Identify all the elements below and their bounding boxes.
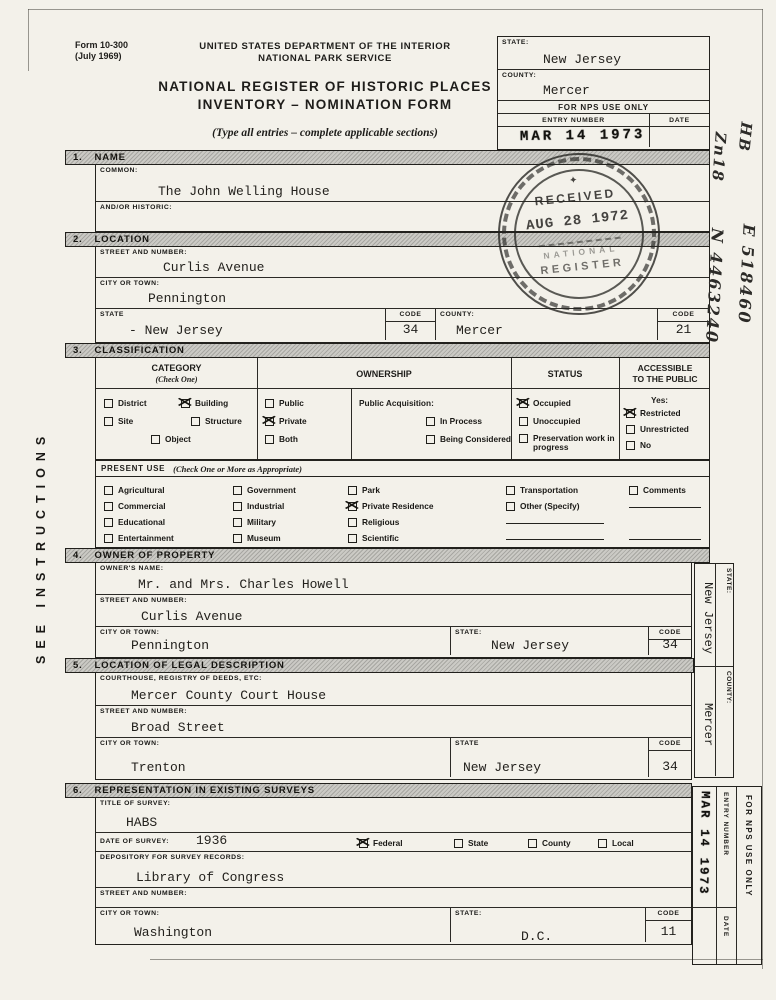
- government-checkbox: [233, 486, 242, 495]
- form-title-line2: INVENTORY – NOMINATION FORM: [130, 97, 520, 112]
- topright-state-row: STATE: New Jersey: [498, 37, 709, 70]
- survey-date-value: 1936: [196, 833, 227, 848]
- depository-field: DEPOSITORY FOR SURVEY RECORDS: Library o…: [96, 852, 691, 888]
- checkbox-private-residence: Private Residence: [348, 501, 433, 511]
- checkbox-military: Military: [233, 517, 276, 527]
- agricultural-label: Agricultural: [118, 485, 165, 495]
- scanned-nomination-form: Form 10-300 (July 1969) UNITED STATES DE…: [0, 0, 776, 1000]
- transportation-checkbox: [506, 486, 515, 495]
- topright-county-row: COUNTY: Mercer: [498, 70, 709, 101]
- other-specify-line2: [506, 539, 604, 540]
- comments-label: Comments: [643, 485, 686, 495]
- checkbox-entertainment: Entertainment: [104, 533, 174, 543]
- military-label: Military: [247, 517, 276, 527]
- checkbox-no-access: No: [626, 440, 651, 450]
- section-6-header: 6. REPRESENTATION IN EXISTING SURVEYS: [65, 783, 692, 798]
- date-label: DATE: [650, 114, 709, 127]
- margin-nps-column: FOR NPS USE ONLY: [737, 787, 761, 964]
- legal-city-cell: CITY OR TOWN: Trenton: [96, 738, 451, 777]
- margin-entry-stamp: MAR 14 1973: [696, 791, 712, 896]
- margin-nps-box: MAR 14 1973 ENTRY NUMBER DATE FOR NPS US…: [692, 786, 762, 965]
- checkbox-scientific: Scientific: [348, 533, 399, 543]
- checkbox-restricted: Restricted: [626, 408, 681, 418]
- handwritten-note-zone: Zn18: [708, 131, 729, 183]
- form-title-line1: NATIONAL REGISTER OF HISTORIC PLACES: [130, 79, 520, 94]
- owner-street-value: Curlis Avenue: [141, 609, 242, 624]
- survey-state-value: D.C.: [521, 929, 552, 944]
- location-street-value: Curlis Avenue: [163, 260, 264, 275]
- entry-number-cell: ENTRY NUMBER MAR 14 1973: [498, 114, 650, 147]
- common-name-label: COMMON:: [100, 167, 138, 174]
- form-date: (July 1969): [75, 51, 128, 62]
- survey-date-field: DATE OF SURVEY: 1936 Federal State Count…: [96, 833, 691, 852]
- form-number: Form 10-300: [75, 40, 128, 51]
- see-instructions-vertical-label: SEE INSTRUCTIONS: [34, 342, 48, 664]
- county-level-checkbox: [528, 839, 537, 848]
- legal-state-label: STATE: [455, 740, 479, 747]
- access-header-line2: TO THE PUBLIC: [619, 374, 711, 384]
- preservation-label: Preservation work in progress: [533, 434, 615, 452]
- received-date-stamp: ✦ RECEIVED AUG 28 1972 NATIONAL REGISTER: [490, 145, 668, 323]
- being-considered-label: Being Considered: [440, 434, 511, 444]
- private-checkbox: [265, 417, 274, 426]
- district-label: District: [118, 398, 147, 408]
- federal-checkbox: [359, 839, 368, 848]
- handwritten-note-hb: HB: [734, 121, 755, 154]
- margin-county-label: COUNTY:: [715, 667, 732, 776]
- comments-checkbox: [629, 486, 638, 495]
- section-6-number: 6.: [73, 785, 83, 796]
- district-checkbox: [104, 399, 113, 408]
- present-use-label: PRESENT USE: [101, 464, 165, 473]
- location-street-label: STREET AND NUMBER:: [100, 249, 187, 256]
- location-county-value: Mercer: [456, 323, 503, 338]
- entertainment-checkbox: [104, 534, 113, 543]
- owner-state-value: New Jersey: [491, 638, 569, 653]
- preservation-checkbox: [519, 434, 528, 443]
- educational-label: Educational: [118, 517, 165, 527]
- margin-labels-column: ENTRY NUMBER DATE: [717, 787, 737, 964]
- site-label: Site: [118, 416, 133, 426]
- divider-ownership-sub: [351, 388, 352, 459]
- unoccupied-checkbox: [519, 417, 528, 426]
- checkbox-educational: Educational: [104, 517, 165, 527]
- section-2-number: 2.: [73, 234, 83, 245]
- owner-code-cell: CODE 34: [649, 627, 691, 655]
- access-header-line1: ACCESSIBLE: [619, 363, 711, 373]
- section-2-title: LOCATION: [95, 234, 150, 245]
- checkbox-district: District: [104, 398, 147, 408]
- checkbox-building: Building: [181, 398, 228, 408]
- form-number-block: Form 10-300 (July 1969): [75, 40, 128, 62]
- survey-date-label: DATE OF SURVEY:: [100, 838, 169, 845]
- private-residence-checkbox: [348, 502, 357, 511]
- checkbox-religious: Religious: [348, 517, 399, 527]
- owner-state-label: STATE:: [455, 629, 482, 636]
- government-label: Government: [247, 485, 296, 495]
- checkbox-in-process: In Process: [426, 416, 482, 426]
- museum-checkbox: [233, 534, 242, 543]
- status-header: STATUS: [511, 369, 619, 379]
- ownership-header: OWNERSHIP: [257, 369, 511, 379]
- section-1-title: NAME: [95, 152, 126, 163]
- checkbox-local-level: Local: [598, 838, 634, 848]
- unrestricted-label: Unrestricted: [640, 424, 689, 434]
- present-use-note: (Check One or More as Appropriate): [173, 464, 302, 474]
- type-all-entries-note: (Type all entries – complete applicable …: [130, 127, 520, 139]
- checkbox-public: Public: [265, 398, 304, 408]
- survey-city-value: Washington: [134, 925, 212, 940]
- state-code-value: 34: [386, 322, 435, 337]
- scientific-checkbox: [348, 534, 357, 543]
- margin-entry-label: ENTRY NUMBER: [722, 792, 729, 856]
- checkbox-comments: Comments: [629, 485, 686, 495]
- location-county-label: COUNTY:: [440, 311, 474, 318]
- checkbox-state-level: State: [454, 838, 488, 848]
- owner-name-label: OWNER'S NAME:: [100, 565, 164, 572]
- owner-city-label: CITY OR TOWN:: [100, 629, 159, 636]
- margin-county-value: Mercer: [695, 667, 715, 776]
- margin-entry-label-cell: ENTRY NUMBER: [717, 787, 736, 908]
- survey-state-cell: STATE: D.C.: [451, 908, 646, 942]
- classification-header-divider: [96, 388, 709, 389]
- legal-code-label: CODE: [649, 738, 691, 751]
- entry-number-label: ENTRY NUMBER: [498, 114, 649, 127]
- margin-state-label: STATE:: [715, 564, 732, 666]
- location-state-code-cell: CODE 34: [386, 309, 436, 340]
- checkbox-government: Government: [233, 485, 296, 495]
- entry-date-stamp: MAR 14 1973: [520, 127, 646, 145]
- public-acquisition-label: Public Acquisition:: [359, 398, 434, 408]
- section-5-number: 5.: [73, 660, 83, 671]
- handwritten-utm-easting: E 518460: [734, 224, 758, 325]
- checkbox-museum: Museum: [233, 533, 281, 543]
- location-county-code-cell: CODE 21: [658, 309, 709, 340]
- legal-code-value: 34: [649, 759, 691, 774]
- legal-state-cell: STATE New Jersey: [451, 738, 649, 777]
- checkbox-occupied: Occupied: [519, 398, 571, 408]
- both-checkbox: [265, 435, 274, 444]
- building-checkbox: [181, 399, 190, 408]
- site-checkbox: [104, 417, 113, 426]
- courthouse-value: Mercer County Court House: [131, 688, 326, 703]
- section-6-box: TITLE OF SURVEY: HABS DATE OF SURVEY: 19…: [95, 798, 692, 945]
- margin-state-county-box: New Jersey STATE: Mercer COUNTY:: [694, 563, 734, 778]
- checkbox-both: Both: [265, 434, 298, 444]
- scan-edge-left: [28, 9, 29, 71]
- classification-table: CATEGORY (Check One) OWNERSHIP STATUS AC…: [95, 358, 710, 460]
- access-yes-label: Yes:: [651, 395, 668, 405]
- margin-entry-field-column: MAR 14 1973: [693, 787, 717, 964]
- section-4-box: OWNER'S NAME: Mr. and Mrs. Charles Howel…: [95, 563, 692, 658]
- occupied-checkbox: [519, 399, 528, 408]
- legal-street-label: STREET AND NUMBER:: [100, 708, 187, 715]
- being-considered-checkbox: [426, 435, 435, 444]
- restricted-label: Restricted: [640, 408, 681, 418]
- checkbox-unrestricted: Unrestricted: [626, 424, 689, 434]
- structure-label: Structure: [205, 416, 242, 426]
- in-process-label: In Process: [440, 416, 482, 426]
- county-level-label: County: [542, 838, 571, 848]
- private-label: Private: [279, 416, 307, 426]
- depository-value: Library of Congress: [136, 870, 284, 885]
- section-3-title: CLASSIFICATION: [95, 345, 185, 356]
- checkbox-other: Other (Specify): [506, 501, 579, 511]
- object-checkbox: [151, 435, 160, 444]
- location-city-label: CITY OR TOWN:: [100, 280, 159, 287]
- section-5-header: 5. LOCATION OF LEGAL DESCRIPTION: [65, 658, 694, 673]
- legal-state-value: New Jersey: [463, 760, 541, 775]
- owner-street-field: STREET AND NUMBER: Curlis Avenue: [96, 595, 691, 627]
- scan-edge-right: [762, 9, 763, 969]
- location-state-cell: STATE - New Jersey: [96, 309, 386, 340]
- checkbox-federal: Federal: [359, 838, 403, 848]
- margin-county-cell: Mercer COUNTY:: [695, 667, 733, 776]
- survey-city-cell: CITY OR TOWN: Washington: [96, 908, 451, 942]
- commercial-checkbox: [104, 502, 113, 511]
- owner-name-value: Mr. and Mrs. Charles Howell: [138, 577, 349, 592]
- comments-line2: [629, 539, 701, 540]
- owner-state-cell: STATE: New Jersey: [451, 627, 649, 655]
- park-label: Park: [362, 485, 380, 495]
- location-state-label: STATE: [100, 311, 124, 318]
- state-code-label: CODE: [386, 309, 435, 322]
- survey-state-label: STATE:: [455, 910, 482, 917]
- checkbox-transportation: Transportation: [506, 485, 578, 495]
- survey-city-label: CITY OR TOWN:: [100, 910, 159, 917]
- depository-label: DEPOSITORY FOR SURVEY RECORDS:: [100, 854, 245, 861]
- present-use-bar: PRESENT USE (Check One or More as Approp…: [95, 460, 710, 477]
- section-1-number: 1.: [73, 152, 83, 163]
- department-line1: UNITED STATES DEPARTMENT OF THE INTERIOR: [150, 41, 500, 52]
- survey-code-cell: CODE 11: [646, 908, 691, 942]
- section-3-number: 3.: [73, 345, 83, 356]
- present-use-box: Agricultural Commercial Educational Ente…: [95, 477, 710, 548]
- margin-entry-field: MAR 14 1973: [693, 787, 716, 908]
- owner-city-cell: CITY OR TOWN: Pennington: [96, 627, 451, 655]
- public-label: Public: [279, 398, 304, 408]
- state-level-checkbox: [454, 839, 463, 848]
- topright-county-value: Mercer: [543, 83, 590, 98]
- survey-title-label: TITLE OF SURVEY:: [100, 800, 170, 807]
- survey-street-label: STREET AND NUMBER:: [100, 890, 187, 897]
- agricultural-checkbox: [104, 486, 113, 495]
- local-level-checkbox: [598, 839, 607, 848]
- survey-street-field: STREET AND NUMBER:: [96, 888, 691, 908]
- private-residence-label: Private Residence: [362, 501, 433, 511]
- checkbox-preservation-work: Preservation work in progress: [519, 434, 615, 452]
- section-6-title: REPRESENTATION IN EXISTING SURVEYS: [95, 785, 315, 796]
- transportation-label: Transportation: [520, 485, 578, 495]
- occupied-label: Occupied: [533, 398, 571, 408]
- date-cell: DATE: [650, 114, 709, 147]
- common-name-value: The John Welling House: [158, 184, 330, 199]
- survey-code-label: CODE: [646, 908, 691, 921]
- park-checkbox: [348, 486, 357, 495]
- no-access-label: No: [640, 440, 651, 450]
- other-checkbox: [506, 502, 515, 511]
- public-checkbox: [265, 399, 274, 408]
- courthouse-label: COURTHOUSE, REGISTRY OF DEEDS, ETC:: [100, 675, 262, 682]
- courthouse-field: COURTHOUSE, REGISTRY OF DEEDS, ETC: Merc…: [96, 673, 691, 706]
- state-level-label: State: [468, 838, 488, 848]
- county-code-value: 21: [658, 322, 709, 337]
- museum-label: Museum: [247, 533, 281, 543]
- object-label: Object: [165, 434, 191, 444]
- in-process-checkbox: [426, 417, 435, 426]
- checkbox-structure: Structure: [191, 416, 242, 426]
- category-subheader: (Check One): [96, 375, 257, 384]
- checkbox-park: Park: [348, 485, 380, 495]
- section-5-title: LOCATION OF LEGAL DESCRIPTION: [95, 660, 285, 671]
- topright-county-label: COUNTY:: [502, 72, 536, 79]
- checkbox-industrial: Industrial: [233, 501, 284, 511]
- other-specify-line1: [506, 523, 604, 524]
- legal-code-cell: CODE 34: [649, 738, 691, 777]
- topright-state-value: New Jersey: [543, 52, 621, 67]
- margin-date-label-cell: DATE: [717, 908, 736, 961]
- checkbox-object: Object: [151, 434, 191, 444]
- both-label: Both: [279, 434, 298, 444]
- topright-state-label: STATE:: [502, 39, 529, 46]
- section-4-number: 4.: [73, 550, 83, 561]
- margin-nps-label: FOR NPS USE ONLY: [744, 795, 753, 897]
- legal-city-value: Trenton: [131, 760, 186, 775]
- category-header: CATEGORY: [96, 363, 257, 373]
- owner-city-value: Pennington: [131, 638, 209, 653]
- military-checkbox: [233, 518, 242, 527]
- other-label: Other (Specify): [520, 501, 579, 511]
- local-level-label: Local: [612, 838, 634, 848]
- owner-street-label: STREET AND NUMBER:: [100, 597, 187, 604]
- checkbox-being-considered: Being Considered: [426, 434, 511, 444]
- section-5-box: COURTHOUSE, REGISTRY OF DEEDS, ETC: Merc…: [95, 673, 692, 780]
- educational-checkbox: [104, 518, 113, 527]
- state-county-entry-box: STATE: New Jersey COUNTY: Mercer FOR NPS…: [497, 36, 710, 150]
- no-access-checkbox: [626, 441, 635, 450]
- structure-checkbox: [191, 417, 200, 426]
- section-3-header: 3. CLASSIFICATION: [65, 343, 710, 358]
- checkbox-private: Private: [265, 416, 307, 426]
- scientific-label: Scientific: [362, 533, 399, 543]
- industrial-checkbox: [233, 502, 242, 511]
- margin-state-value: New Jersey: [695, 564, 715, 666]
- owner-name-field: OWNER'S NAME: Mr. and Mrs. Charles Howel…: [96, 563, 691, 595]
- industrial-label: Industrial: [247, 501, 284, 511]
- checkbox-site: Site: [104, 416, 133, 426]
- location-city-value: Pennington: [148, 291, 226, 306]
- scan-edge-top: [28, 9, 763, 10]
- entertainment-label: Entertainment: [118, 533, 174, 543]
- legal-city-label: CITY OR TOWN:: [100, 740, 159, 747]
- checkbox-commercial: Commercial: [104, 501, 166, 511]
- restricted-checkbox: [626, 409, 635, 418]
- nps-use-only-label: FOR NPS USE ONLY: [498, 101, 709, 114]
- margin-state-cell: New Jersey STATE:: [695, 564, 733, 667]
- unrestricted-checkbox: [626, 425, 635, 434]
- checkbox-unoccupied: Unoccupied: [519, 416, 580, 426]
- legal-street-field: STREET AND NUMBER: Broad Street: [96, 706, 691, 738]
- survey-title-value: HABS: [126, 815, 157, 830]
- survey-title-field: TITLE OF SURVEY: HABS: [96, 798, 691, 833]
- county-code-label: CODE: [658, 309, 709, 322]
- legal-street-value: Broad Street: [131, 720, 225, 735]
- margin-date-label: DATE: [722, 916, 729, 937]
- building-label: Building: [195, 398, 228, 408]
- comments-line1: [629, 507, 701, 508]
- historic-name-label: AND/OR HISTORIC:: [100, 204, 172, 211]
- section-4-header: 4. OWNER OF PROPERTY: [65, 548, 710, 563]
- checkbox-agricultural: Agricultural: [104, 485, 165, 495]
- commercial-label: Commercial: [118, 501, 166, 511]
- unoccupied-label: Unoccupied: [533, 416, 580, 426]
- section-4-title: OWNER OF PROPERTY: [95, 550, 216, 561]
- department-line2: NATIONAL PARK SERVICE: [150, 53, 500, 64]
- location-state-value: - New Jersey: [129, 323, 223, 338]
- scan-edge-bottom: [150, 959, 763, 960]
- checkbox-county-level: County: [528, 838, 571, 848]
- religious-label: Religious: [362, 517, 399, 527]
- survey-code-value: 11: [646, 924, 691, 939]
- religious-checkbox: [348, 518, 357, 527]
- owner-code-value: 34: [649, 637, 691, 652]
- federal-label: Federal: [373, 838, 403, 848]
